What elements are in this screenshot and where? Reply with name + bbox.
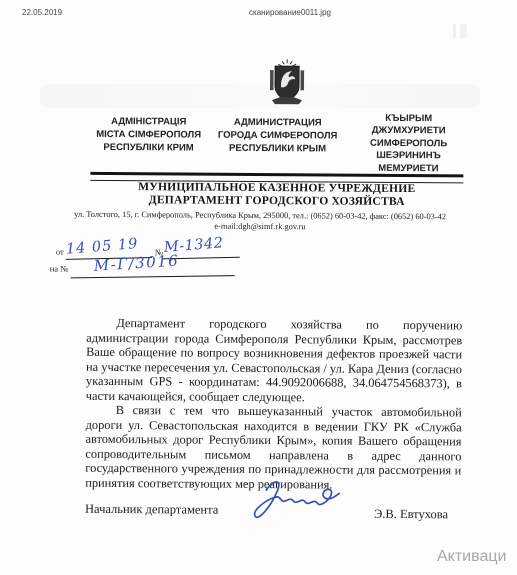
org-name-crimean-tatar: КЪЫРЫМ ДЖУМХУРИЕТИ СИМФЕРОПОЛЬ ШЕЭРИНИНЪ…	[346, 113, 470, 176]
org-line: СИМФЕРОПОЛЬ	[347, 137, 471, 150]
handwritten-signature	[250, 476, 344, 527]
org-line: АДМИНИСТРАЦИЯ	[214, 116, 342, 130]
org-line: ШЕЭРИНИНЪ	[346, 150, 470, 163]
org-name-russian: АДМИНИСТРАЦИЯ ГОРОДА СИМФЕРОПОЛЯ РЕСПУБЛ…	[214, 116, 342, 156]
org-line: АДМІНІСТРАЦІЯ	[85, 115, 213, 129]
department-name: ДЕПАРТАМЕНТ ГОРОДСКОГО ХОЗЯЙСТВА	[78, 193, 475, 209]
letter-body: Департамент городского хозяйства по пору…	[85, 316, 462, 493]
email-line: e-mail:dgh@simf.rk.gov.ru	[58, 221, 462, 233]
from-label: от	[56, 247, 64, 257]
signer-name: Э.В. Евтухова	[374, 507, 448, 523]
body-paragraph-1: Департамент городского хозяйства по пору…	[86, 316, 463, 406]
org-name-ukrainian: АДМІНІСТРАЦІЯ МІСТА СІМФЕРОПОЛЯ РЕСПУБЛІ…	[85, 115, 213, 155]
handwritten-incoming-number: М-Г/3016	[93, 251, 180, 274]
letter-content: АДМІНІСТРАЦІЯ МІСТА СІМФЕРОПОЛЯ РЕСПУБЛІ…	[0, 0, 517, 575]
org-line: КЪЫРЫМ	[347, 113, 471, 126]
signer-position: Начальник департамента	[85, 502, 218, 518]
org-line: РЕСПУБЛІКИ КРИМ	[85, 141, 213, 155]
org-line: ГОРОДА СИМФЕРОПОЛЯ	[214, 129, 342, 143]
crimea-coat-of-arms-emblem	[268, 58, 306, 106]
scanned-letter-page: 22.05.2019 сканирование0011.jpg АДМІНІСТ…	[0, 0, 517, 575]
activation-watermark: Активаци	[437, 548, 517, 566]
reply-to-label: на №	[50, 264, 69, 274]
address-line: ул. Толстого, 15, г. Симферополь, Респуб…	[58, 210, 462, 222]
org-line: ДЖУМХУРИЕТИ	[347, 125, 471, 138]
org-line: МІСТА СІМФЕРОПОЛЯ	[85, 128, 213, 142]
org-line: РЕСПУБЛИКИ КРЫМ	[214, 142, 342, 156]
